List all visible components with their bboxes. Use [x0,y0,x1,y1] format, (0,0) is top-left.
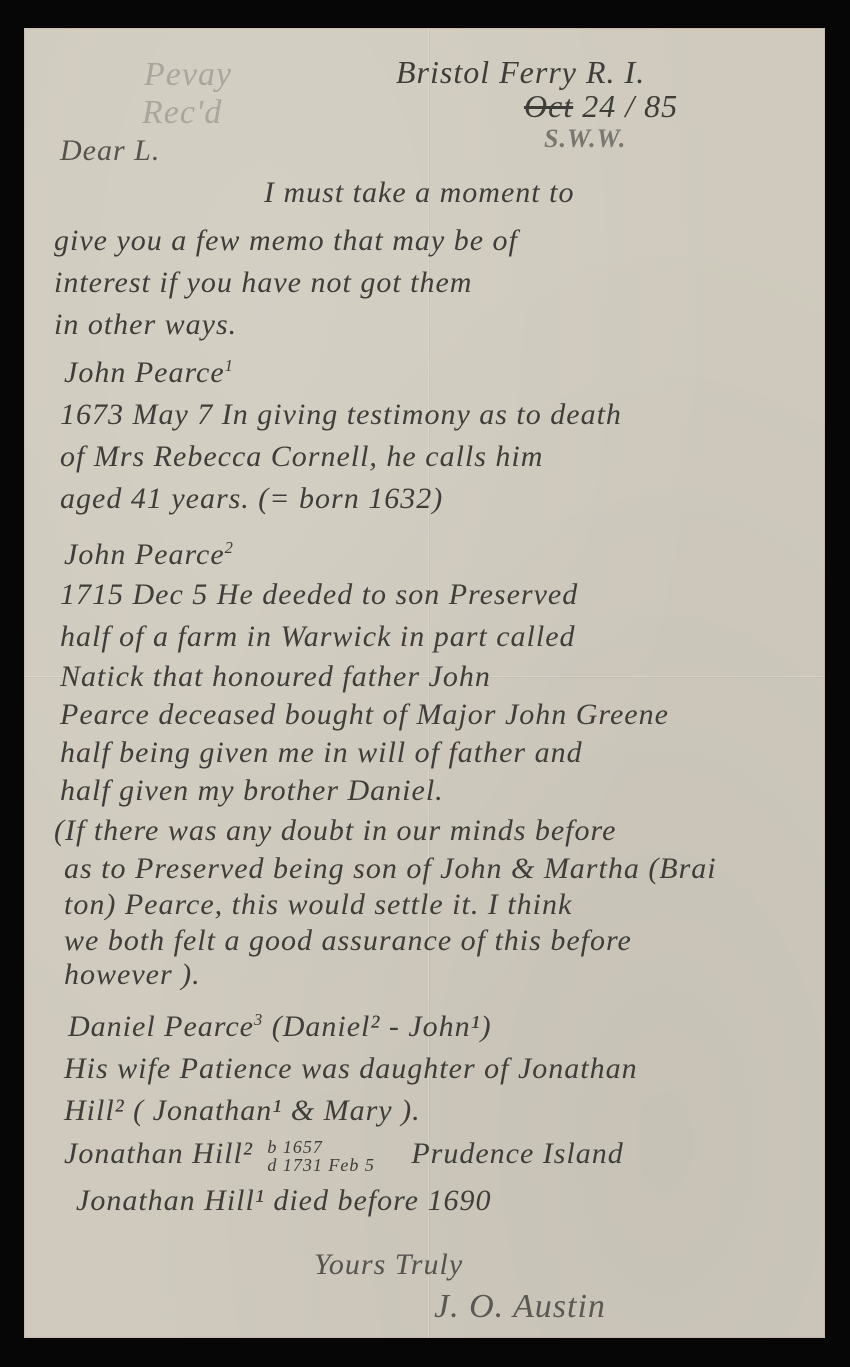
section2-line-5: half being given me in will of father an… [60,738,583,768]
section-heading-daniel-pearce-3: Daniel Pearce3 (Daniel² - John¹) [68,1012,492,1042]
hill-dates: b 1657 d 1731 Feb 5 [267,1138,374,1174]
hill-line-2: Jonathan Hill¹ died before 1690 [76,1186,492,1216]
letter-paper: Pevay Rec'd Bristol Ferry R. I. Oct 24 /… [24,28,825,1338]
heading-generation: 1 [225,356,234,375]
hill-place: Prudence Island [411,1137,623,1170]
section2-line-4: Pearce deceased bought of Major John Gre… [60,700,669,730]
salutation: Dear L. [60,136,160,166]
section2-line-10: we both felt a good assurance of this be… [64,926,632,956]
section-heading-john-pearce-2: John Pearce2 [64,540,234,570]
hill-died: d 1731 Feb 5 [267,1156,374,1174]
section2-line-3: Natick that honoured father John [60,662,491,692]
section2-line-9: ton) Pearce, this would settle it. I thi… [64,890,572,920]
date-month-struck: Oct [524,88,573,124]
section2-line-2: half of a farm in Warwick in part called [60,622,576,652]
section1-line-1: 1673 May 7 In giving testimony as to dea… [60,400,622,430]
signature: J. O. Austin [434,1290,606,1324]
letter-date: Oct 24 / 85 [524,90,678,122]
intro-line-2: give you a few memo that may be of [54,226,518,256]
heading-name: John Pearce [64,538,225,571]
intro-line-3: interest if you have not got them [54,268,472,298]
intro-line-1: I must take a moment to [264,178,574,208]
scan-frame: Pevay Rec'd Bristol Ferry R. I. Oct 24 /… [0,0,850,1367]
heading-name: John Pearce [64,356,225,389]
section2-line-8: as to Preserved being son of John & Mart… [64,854,717,884]
heading-lineage: (Daniel² - John¹) [272,1010,492,1043]
pencil-annotation-initials: S.W.W. [544,126,626,152]
date-day-year: 24 / 85 [582,88,678,124]
section1-line-2: of Mrs Rebecca Cornell, he calls him [60,442,543,472]
hill-born: b 1657 [267,1138,374,1156]
section3-line-2: Hill² ( Jonathan¹ & Mary ). [64,1096,421,1126]
pencil-annotation-line2: Rec'd [142,96,222,130]
hill-name: Jonathan Hill² [64,1137,253,1170]
section3-line-1: His wife Patience was daughter of Jonath… [64,1054,638,1084]
pencil-annotation-line1: Pevay [144,58,232,92]
letter-place: Bristol Ferry R. I. [396,56,645,88]
section2-line-11: however ). [64,960,201,990]
section2-line-1: 1715 Dec 5 He deeded to son Preserved [60,580,578,610]
section1-line-3: aged 41 years. (= born 1632) [60,484,443,514]
section2-line-7: (If there was any doubt in our minds bef… [54,816,616,846]
heading-generation: 3 [254,1010,263,1029]
closing: Yours Truly [314,1250,463,1280]
heading-name: Daniel Pearce [68,1010,254,1043]
section2-line-6: half given my brother Daniel. [60,776,444,806]
heading-generation: 2 [225,538,234,557]
intro-line-4: in other ways. [54,310,237,340]
hill-line-1: Jonathan Hill² b 1657 d 1731 Feb 5 Prude… [64,1138,624,1174]
section-heading-john-pearce-1: John Pearce1 [64,358,234,388]
